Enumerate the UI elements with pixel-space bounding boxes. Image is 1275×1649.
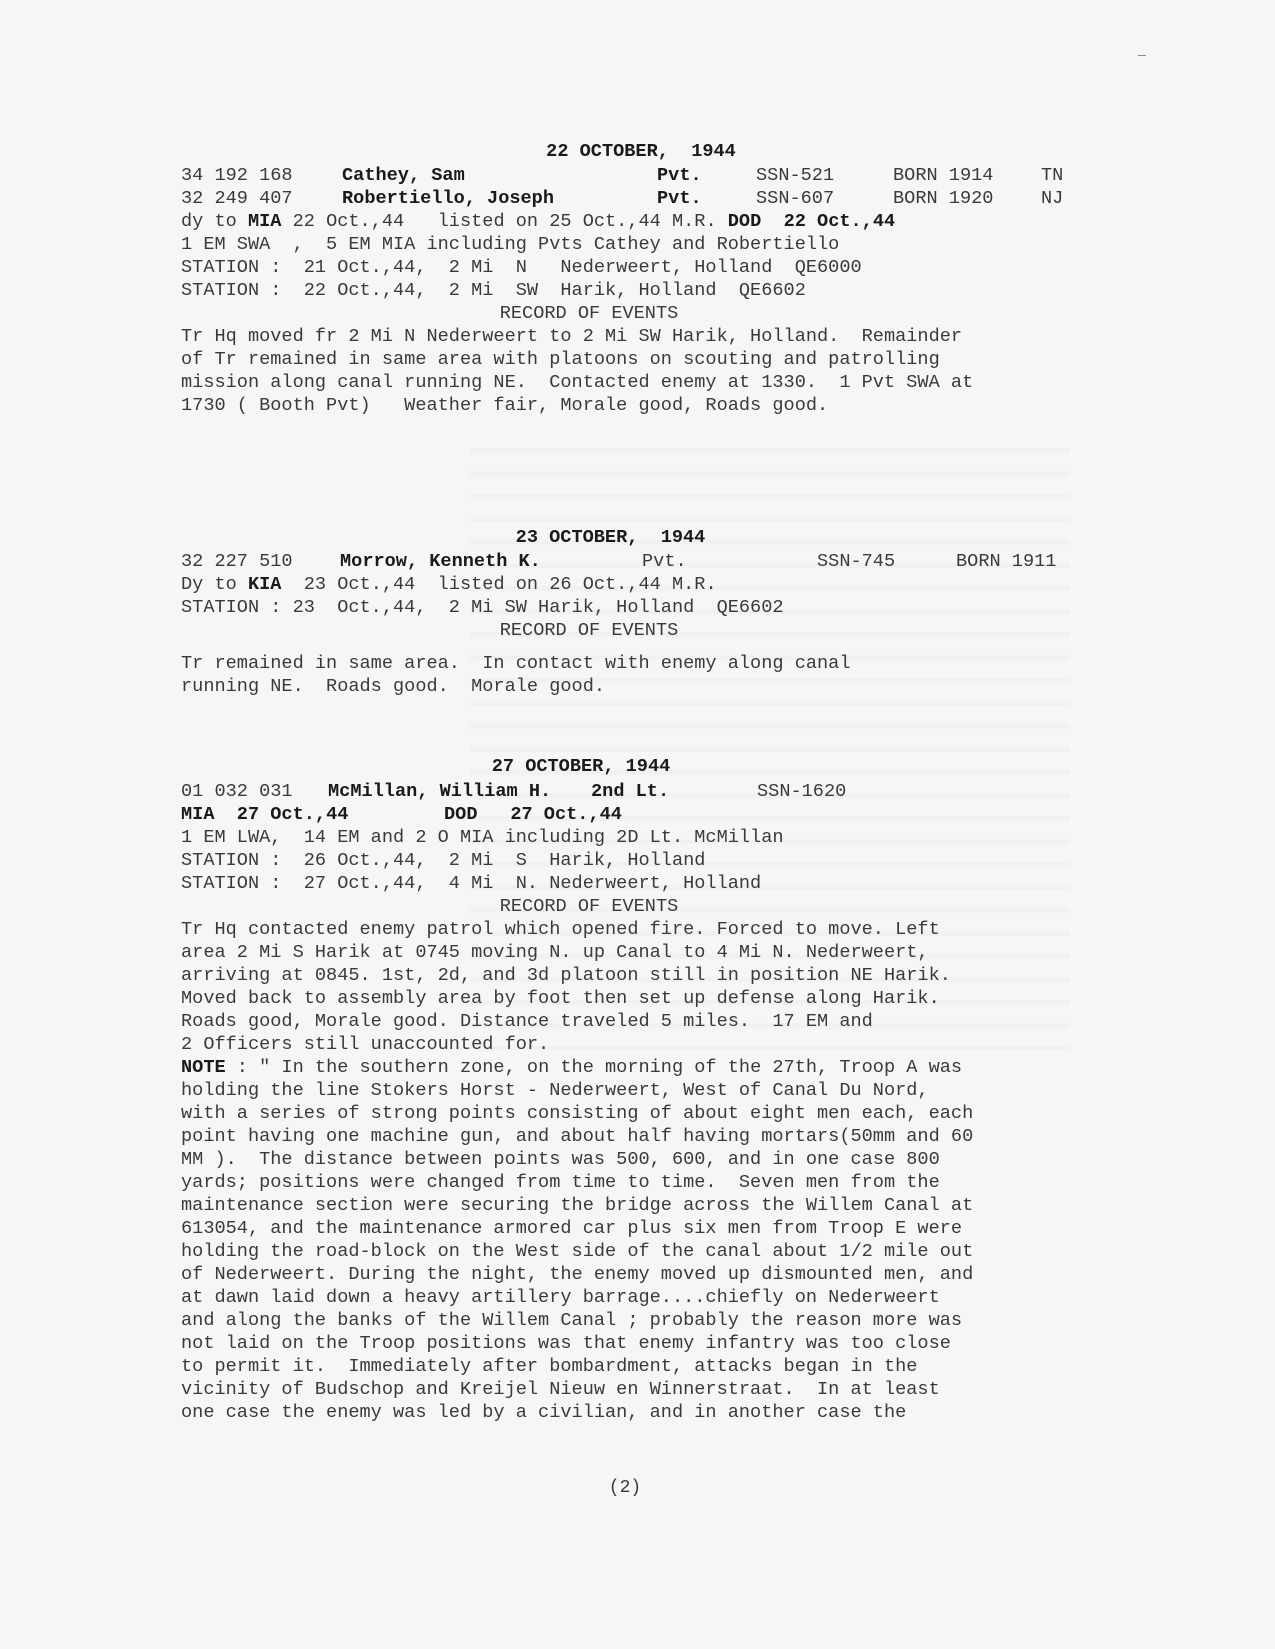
status-line: Dy to KIA 23 Oct.,44 listed on 26 Oct.,4… [181, 573, 717, 596]
status-badge: MIA [248, 211, 281, 232]
record-line: Moved back to assembly area by foot then… [181, 987, 940, 1010]
record-of-events-title: RECORD OF EVENTS [0, 619, 1178, 642]
note-line: one case the enemy was led by a civilian… [181, 1401, 906, 1424]
record-line: 1730 ( Booth Pvt) Weather fair, Morale g… [181, 394, 828, 417]
scan-mark [1138, 55, 1146, 56]
record-line: 2 Officers still unaccounted for. [181, 1033, 549, 1056]
section-date-heading: 27 OCTOBER, 1944 [0, 755, 1162, 778]
note-label: NOTE [181, 1057, 226, 1078]
dod-date: 27 Oct.,44 [488, 803, 622, 826]
record-line: area 2 Mi S Harik at 0745 moving N. up C… [181, 941, 929, 964]
note-line: holding the road-block on the West side … [181, 1240, 973, 1263]
section-date-heading: 23 OCTOBER, 1944 [0, 526, 1221, 549]
born-year: BORN 1914 [893, 164, 993, 187]
status-prefix: Dy to [181, 574, 248, 595]
home-state: TN [1041, 164, 1063, 187]
note-line: at dawn laid down a heavy artillery barr… [181, 1286, 940, 1309]
ssn: SSN-745 [817, 550, 895, 573]
status-badge: MIA [181, 804, 214, 825]
home-state: NJ [1041, 187, 1063, 210]
soldier-name: Cathey, Sam [342, 164, 465, 187]
note-line: to permit it. Immediately after bombardm… [181, 1355, 917, 1378]
status-line: dy to MIA 22 Oct.,44 listed on 25 Oct.,4… [181, 210, 895, 233]
soldier-name: Robertiello, Joseph [342, 187, 554, 210]
note-text: : " In the southern zone, on the morning… [226, 1057, 962, 1078]
serial-number: 34 192 168 [181, 164, 293, 187]
record-line: Tr Hq moved fr 2 Mi N Nederweert to 2 Mi… [181, 325, 962, 348]
station-line: STATION : 23 Oct.,44, 2 Mi SW Harik, Hol… [181, 596, 784, 619]
note-line: 613054, and the maintenance armored car … [181, 1217, 962, 1240]
note-line: of Nederweert. During the night, the ene… [181, 1263, 973, 1286]
note-line: maintenance section were securing the br… [181, 1194, 973, 1217]
note-line: vicinity of Budschop and Kreijel Nieuw e… [181, 1378, 940, 1401]
dod-label: DOD [444, 803, 477, 826]
casualty-line: 1 EM SWA , 5 EM MIA including Pvts Cathe… [181, 233, 839, 256]
rank: 2nd Lt. [591, 780, 669, 803]
section-date-heading: 22 OCTOBER, 1944 [0, 140, 1275, 163]
ssn: SSN-607 [756, 187, 834, 210]
record-line: of Tr remained in same area with platoon… [181, 348, 940, 371]
note-line: and along the banks of the Willem Canal … [181, 1309, 962, 1332]
born-year: BORN 1920 [893, 187, 993, 210]
station-line: STATION : 21 Oct.,44, 2 Mi N Nederweert,… [181, 256, 862, 279]
note-line: MM ). The distance between points was 50… [181, 1148, 940, 1171]
dod-date: 22 Oct.,44 [761, 211, 895, 232]
record-of-events-title: RECORD OF EVENTS [0, 895, 1178, 918]
serial-number: 01 032 031 [181, 780, 293, 803]
station-line: STATION : 22 Oct.,44, 2 Mi SW Harik, Hol… [181, 279, 806, 302]
casualty-line: 1 EM LWA, 14 EM and 2 O MIA including 2D… [181, 826, 784, 849]
status-date: 27 Oct.,44 [214, 804, 348, 825]
status-badge: KIA [248, 574, 281, 595]
rank: Pvt. [657, 164, 702, 187]
soldier-name: Morrow, Kenneth K. [340, 550, 541, 573]
note-line: with a series of strong points consistin… [181, 1102, 973, 1125]
status-prefix: dy to [181, 211, 248, 232]
status-line: MIA 27 Oct.,44DOD 27 Oct.,44 [181, 803, 348, 826]
page-number: (2) [0, 1478, 1250, 1498]
record-line: arriving at 0845. 1st, 2d, and 3d platoo… [181, 964, 951, 987]
note-line: yards; positions were changed from time … [181, 1171, 940, 1194]
station-line: STATION : 27 Oct.,44, 4 Mi N. Nederweert… [181, 872, 761, 895]
record-of-events-title: RECORD OF EVENTS [0, 302, 1178, 325]
record-line: Roads good, Morale good. Distance travel… [181, 1010, 873, 1033]
note-line: holding the line Stokers Horst - Nederwe… [181, 1079, 929, 1102]
status-text: 22 Oct.,44 listed on 25 Oct.,44 M.R. [281, 211, 727, 232]
rank: Pvt. [657, 187, 702, 210]
soldier-name: McMillan, William H. [328, 780, 551, 803]
record-line: running NE. Roads good. Morale good. [181, 675, 605, 698]
note-line: not laid on the Troop positions was that… [181, 1332, 951, 1355]
record-line: Tr Hq contacted enemy patrol which opene… [181, 918, 940, 941]
rank: Pvt. [642, 550, 687, 573]
ssn: SSN-1620 [757, 780, 846, 803]
status-text: 23 Oct.,44 listed on 26 Oct.,44 M.R. [281, 574, 716, 595]
record-line: mission along canal running NE. Contacte… [181, 371, 973, 394]
document-page: 22 OCTOBER, 1944 34 192 168 Cathey, Sam … [0, 0, 1275, 1649]
serial-number: 32 227 510 [181, 550, 293, 573]
dod-label: DOD [728, 211, 761, 232]
record-line: Tr remained in same area. In contact wit… [181, 652, 850, 675]
ssn: SSN-521 [756, 164, 834, 187]
born-year: BORN 1911 [956, 550, 1056, 573]
note-line: NOTE : " In the southern zone, on the mo… [181, 1056, 962, 1079]
serial-number: 32 249 407 [181, 187, 293, 210]
note-line: point having one machine gun, and about … [181, 1125, 973, 1148]
station-line: STATION : 26 Oct.,44, 2 Mi S Harik, Holl… [181, 849, 705, 872]
